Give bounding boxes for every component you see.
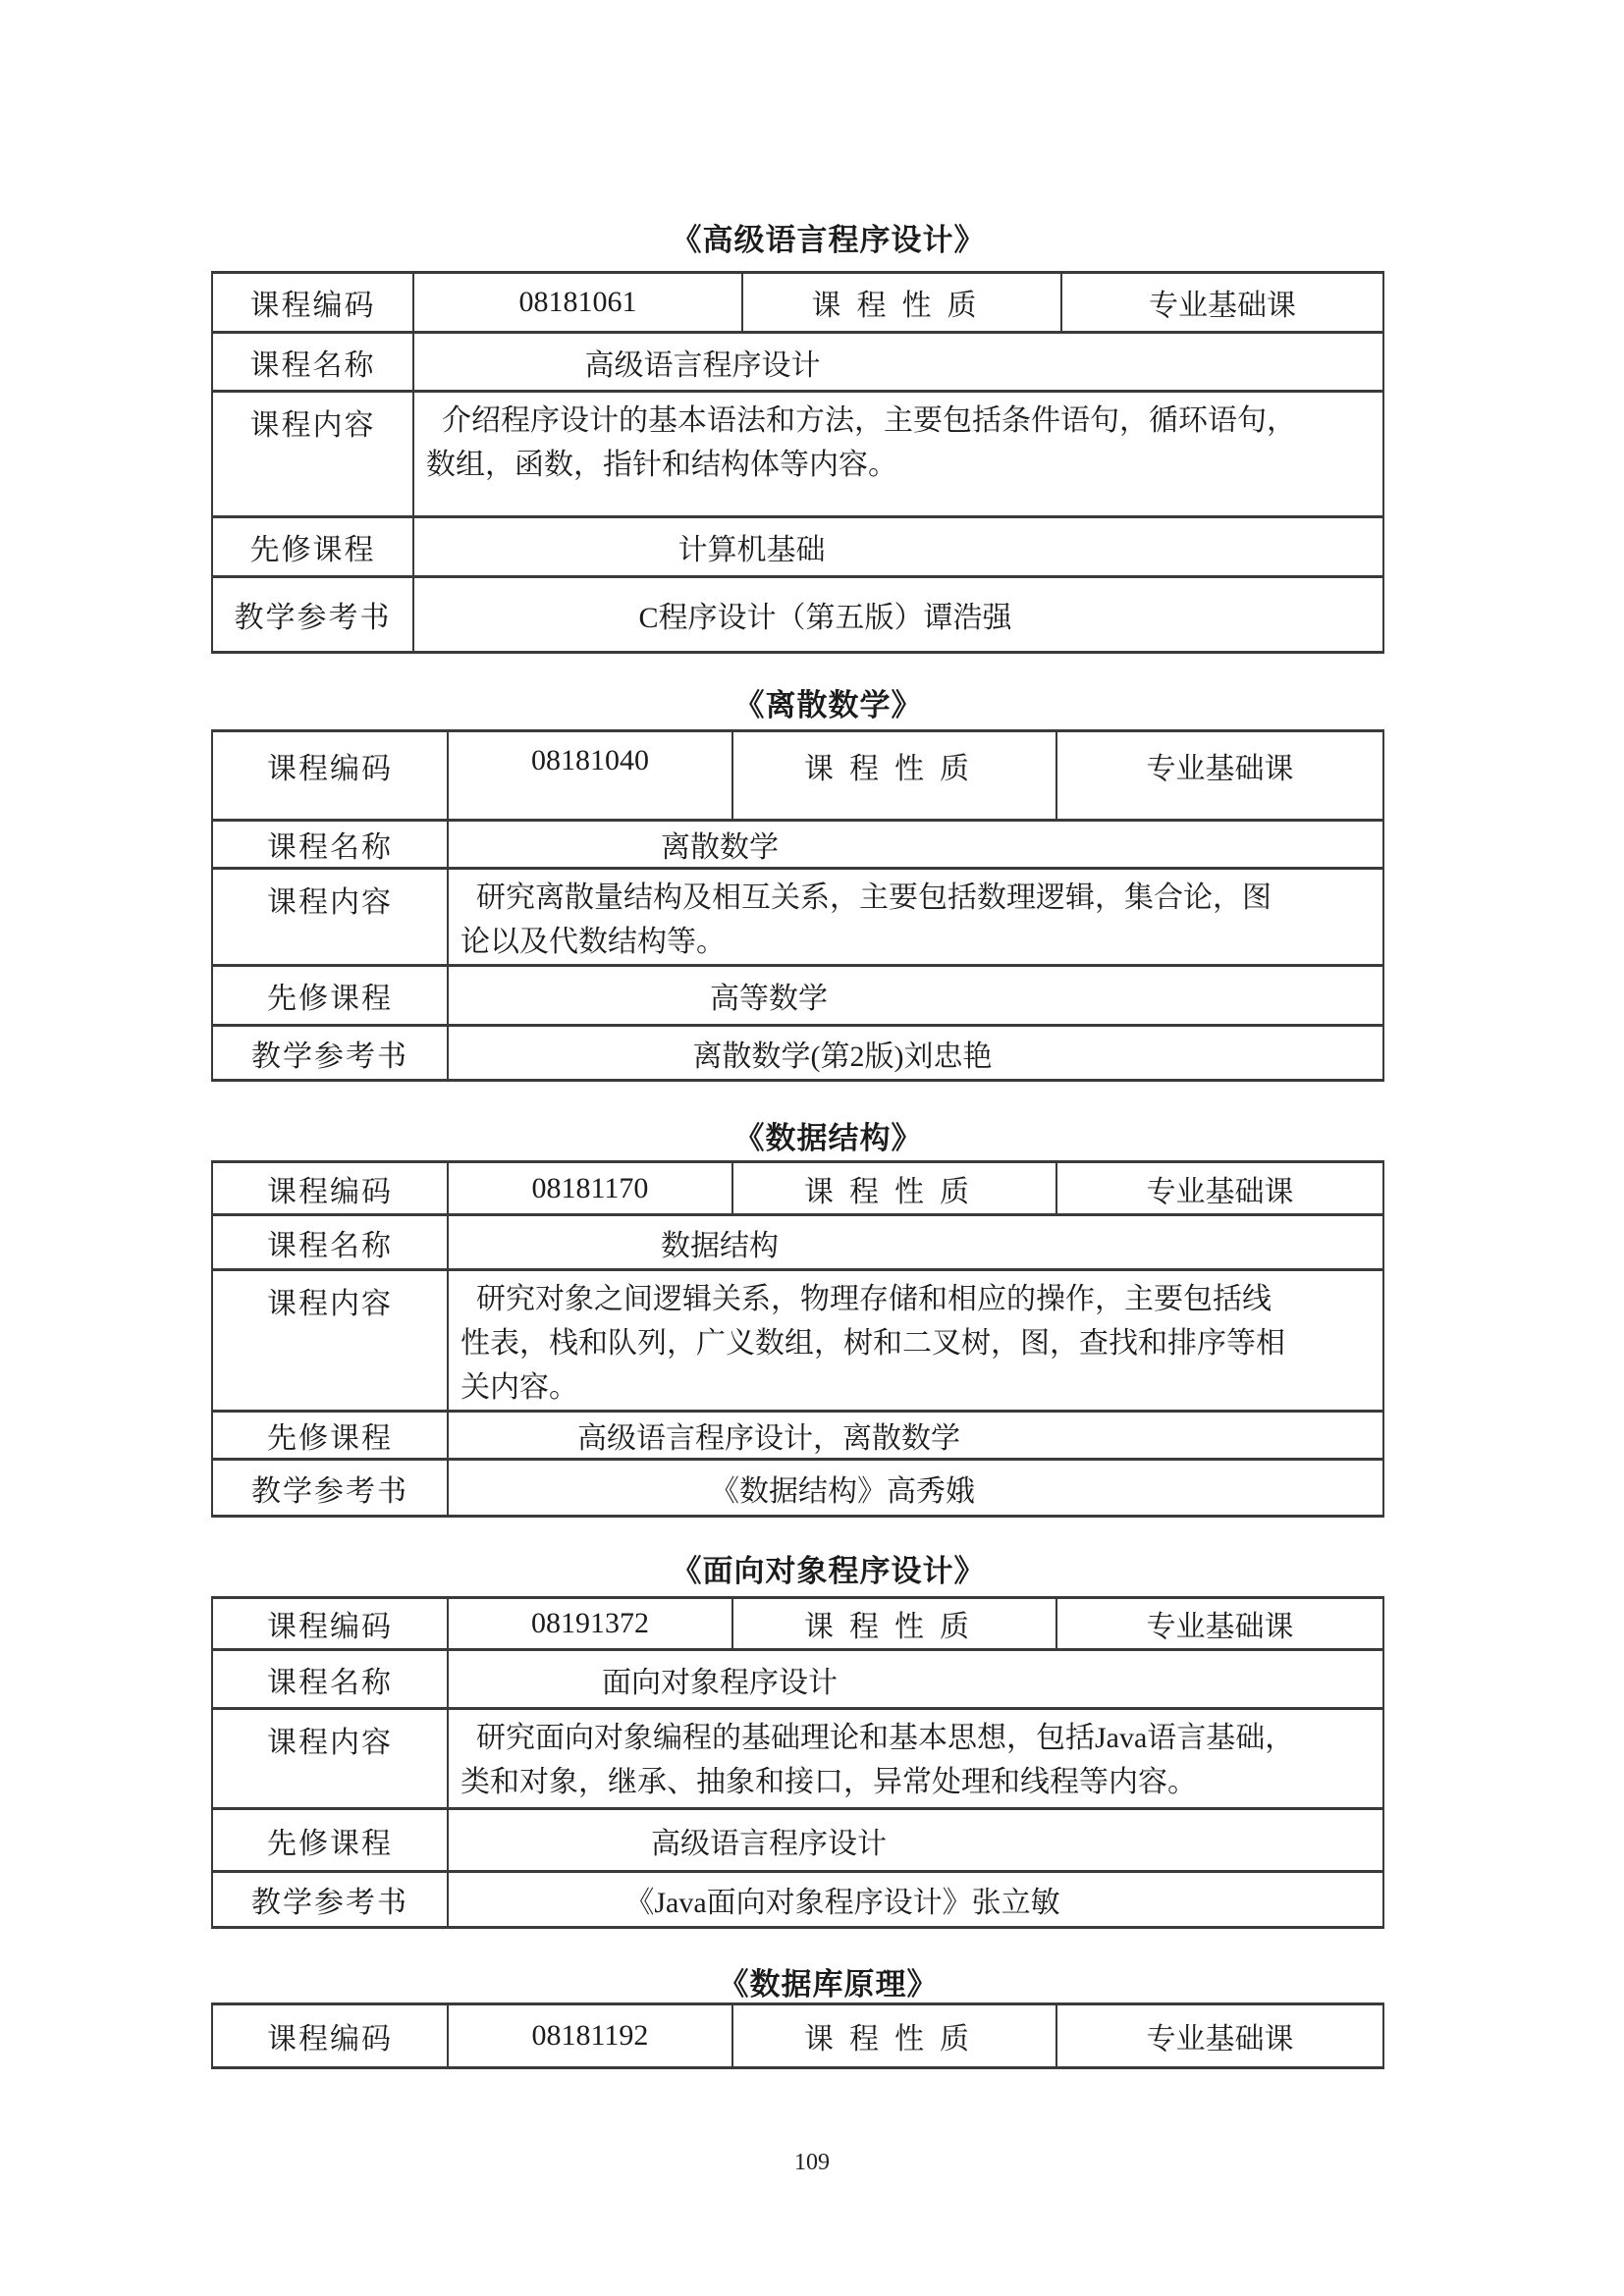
course-nature-value: 专业基础课 — [1061, 273, 1383, 333]
course-section: 《高级语言程序设计》 课程编码 08181061 课程性质 专业基础课 课程名称… — [211, 224, 1382, 654]
course-nature-label: 课程性质 — [732, 2004, 1056, 2068]
course-nature-label: 课程性质 — [732, 1598, 1056, 1650]
course-name-value: 数据结构 — [448, 1215, 1383, 1270]
course-name-label: 课程名称 — [212, 1650, 448, 1709]
course-nature-label: 课程性质 — [742, 273, 1061, 333]
table-row: 课程编码 08181192 课程性质 专业基础课 — [212, 2004, 1383, 2068]
course-nature-value: 专业基础课 — [1056, 1598, 1383, 1650]
course-prereq-label: 先修课程 — [212, 517, 413, 577]
course-ref-label: 教学参考书 — [212, 1872, 448, 1928]
course-ref-value: 《数据结构》高秀娥 — [448, 1460, 1383, 1517]
course-prereq-label: 先修课程 — [212, 1809, 448, 1872]
table-row: 先修课程 高级语言程序设计，离散数学 — [212, 1412, 1383, 1460]
course-table: 课程编码 08191372 课程性质 专业基础课 课程名称 面向对象程序设计 课… — [211, 1596, 1384, 1929]
course-content-value: 研究离散量结构及相互关系，主要包括数理逻辑，集合论，图 论以及代数结构等。 — [448, 869, 1383, 966]
table-row: 先修课程 计算机基础 — [212, 517, 1383, 577]
course-name-value: 面向对象程序设计 — [448, 1650, 1383, 1709]
table-row: 课程名称 数据结构 — [212, 1215, 1383, 1270]
course-title: 《数据结构》 — [211, 1122, 1382, 1155]
course-nature-label: 课程性质 — [732, 1162, 1056, 1215]
course-prereq-label: 先修课程 — [212, 1412, 448, 1460]
course-prereq-label: 先修课程 — [212, 966, 448, 1026]
course-code-value: 08181040 — [448, 731, 732, 821]
table-row: 教学参考书 离散数学(第2版)刘忠艳 — [212, 1026, 1383, 1081]
table-row: 课程内容 研究面向对象编程的基础理论和基本思想，包括Java语言基础， 类和对象… — [212, 1709, 1383, 1809]
table-row: 教学参考书 《数据结构》高秀娥 — [212, 1460, 1383, 1517]
course-ref-label: 教学参考书 — [212, 1026, 448, 1081]
document-page: 《高级语言程序设计》 课程编码 08181061 课程性质 专业基础课 课程名称… — [211, 0, 1382, 2176]
course-name-value: 离散数学 — [448, 821, 1383, 869]
page-number: 109 — [0, 2150, 1624, 2176]
course-ref-value: C程序设计（第五版）谭浩强 — [413, 577, 1383, 653]
table-row: 教学参考书 《Java面向对象程序设计》张立敏 — [212, 1872, 1383, 1928]
course-content-value: 介绍程序设计的基本语法和方法，主要包括条件语句，循环语句， 数组，函数，指针和结… — [413, 392, 1383, 517]
course-content-value: 研究面向对象编程的基础理论和基本思想，包括Java语言基础， 类和对象，继承、抽… — [448, 1709, 1383, 1809]
table-row: 课程内容 介绍程序设计的基本语法和方法，主要包括条件语句，循环语句， 数组，函数… — [212, 392, 1383, 517]
course-prereq-value: 高等数学 — [448, 966, 1383, 1026]
course-code-label: 课程编码 — [212, 2004, 448, 2068]
table-row: 课程编码 08181040 课程性质 专业基础课 — [212, 731, 1383, 821]
course-code-label: 课程编码 — [212, 1598, 448, 1650]
course-prereq-value: 高级语言程序设计，离散数学 — [448, 1412, 1383, 1460]
course-content-value: 研究对象之间逻辑关系，物理存储和相应的操作，主要包括线 性表，栈和队列，广义数组… — [448, 1270, 1383, 1412]
course-table: 课程编码 08181192 课程性质 专业基础课 — [211, 2002, 1384, 2069]
course-code-label: 课程编码 — [212, 1162, 448, 1215]
course-title: 《面向对象程序设计》 — [211, 1555, 1382, 1588]
course-title: 《高级语言程序设计》 — [211, 224, 1382, 257]
table-row: 课程编码 08181170 课程性质 专业基础课 — [212, 1162, 1383, 1215]
course-ref-value: 离散数学(第2版)刘忠艳 — [448, 1026, 1383, 1081]
course-content-label: 课程内容 — [212, 392, 413, 517]
course-ref-label: 教学参考书 — [212, 577, 413, 653]
course-table: 课程编码 08181040 课程性质 专业基础课 课程名称 离散数学 课程内容 … — [211, 729, 1384, 1082]
course-code-value: 08191372 — [448, 1598, 732, 1650]
table-row: 课程编码 08191372 课程性质 专业基础课 — [212, 1598, 1383, 1650]
course-code-value: 08181061 — [413, 273, 742, 333]
course-section: 《面向对象程序设计》 课程编码 08191372 课程性质 专业基础课 课程名称… — [211, 1555, 1382, 1929]
course-name-value: 高级语言程序设计 — [413, 333, 1383, 392]
table-row: 先修课程 高等数学 — [212, 966, 1383, 1026]
table-row: 课程内容 研究对象之间逻辑关系，物理存储和相应的操作，主要包括线 性表，栈和队列… — [212, 1270, 1383, 1412]
table-row: 先修课程 高级语言程序设计 — [212, 1809, 1383, 1872]
course-ref-value: 《Java面向对象程序设计》张立敏 — [448, 1872, 1383, 1928]
course-nature-value: 专业基础课 — [1056, 1162, 1383, 1215]
course-nature-label: 课程性质 — [732, 731, 1056, 821]
course-nature-value: 专业基础课 — [1056, 731, 1383, 821]
table-row: 课程名称 离散数学 — [212, 821, 1383, 869]
course-content-label: 课程内容 — [212, 869, 448, 966]
course-section: 《数据结构》 课程编码 08181170 课程性质 专业基础课 课程名称 数据结… — [211, 1122, 1382, 1518]
course-table: 课程编码 08181170 课程性质 专业基础课 课程名称 数据结构 课程内容 … — [211, 1160, 1384, 1518]
course-code-label: 课程编码 — [212, 273, 413, 333]
course-title: 《离散数学》 — [211, 689, 1382, 722]
course-code-label: 课程编码 — [212, 731, 448, 821]
course-prereq-value: 高级语言程序设计 — [448, 1809, 1383, 1872]
course-table: 课程编码 08181061 课程性质 专业基础课 课程名称 高级语言程序设计 课… — [211, 271, 1384, 654]
course-name-label: 课程名称 — [212, 333, 413, 392]
course-code-value: 08181192 — [448, 2004, 732, 2068]
table-row: 课程名称 高级语言程序设计 — [212, 333, 1383, 392]
course-content-label: 课程内容 — [212, 1270, 448, 1412]
course-title: 《数据库原理》 — [211, 1968, 1382, 2002]
course-nature-value: 专业基础课 — [1056, 2004, 1383, 2068]
course-content-label: 课程内容 — [212, 1709, 448, 1809]
course-section: 《数据库原理》 课程编码 08181192 课程性质 专业基础课 — [211, 1968, 1382, 2069]
course-name-label: 课程名称 — [212, 1215, 448, 1270]
table-row: 课程名称 面向对象程序设计 — [212, 1650, 1383, 1709]
table-row: 课程编码 08181061 课程性质 专业基础课 — [212, 273, 1383, 333]
table-row: 教学参考书 C程序设计（第五版）谭浩强 — [212, 577, 1383, 653]
course-section: 《离散数学》 课程编码 08181040 课程性质 专业基础课 课程名称 离散数… — [211, 689, 1382, 1082]
course-code-value: 08181170 — [448, 1162, 732, 1215]
table-row: 课程内容 研究离散量结构及相互关系，主要包括数理逻辑，集合论，图 论以及代数结构… — [212, 869, 1383, 966]
course-prereq-value: 计算机基础 — [413, 517, 1383, 577]
course-name-label: 课程名称 — [212, 821, 448, 869]
course-ref-label: 教学参考书 — [212, 1460, 448, 1517]
